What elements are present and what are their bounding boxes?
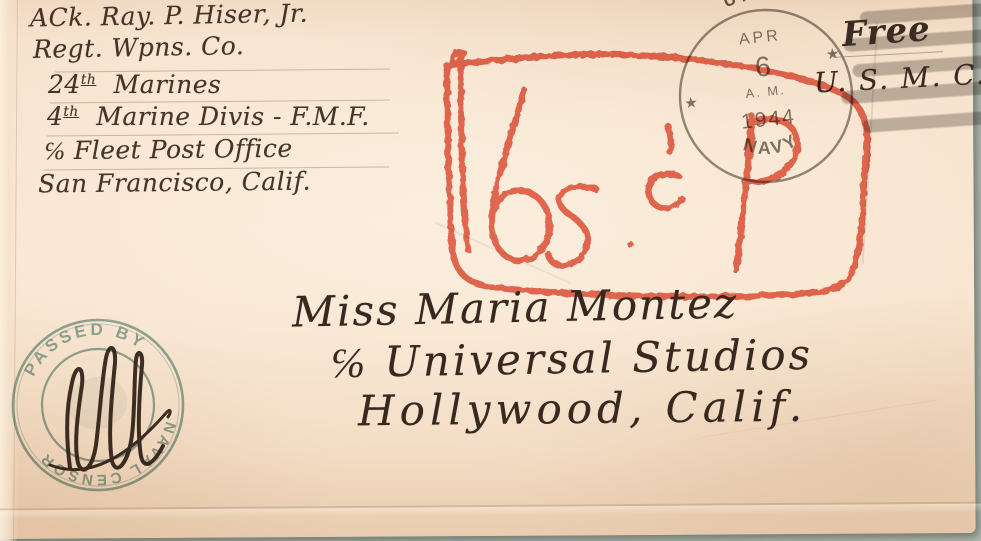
red-censor-marking <box>428 42 898 312</box>
red-stroke-vertical <box>461 54 468 250</box>
ordinal-suffix: th <box>81 72 96 88</box>
return-address-line-1: ACk. Ray. P. Hiser, Jr. <box>30 1 308 31</box>
red-stroke-six <box>492 90 550 261</box>
red-stroke-c <box>649 174 682 208</box>
red-stroke-p-stem <box>736 116 752 270</box>
unit-number: 4 <box>47 102 63 131</box>
red-stroke-c-tick <box>668 126 671 152</box>
return-address-line-6: San Francisco, Calif. <box>38 169 311 197</box>
return-address-line-3: 24th Marines <box>48 72 221 97</box>
return-address-line-2: Regt. Wpns. Co. <box>33 33 245 62</box>
unit-name: Marines <box>105 70 221 99</box>
red-stroke-s <box>548 186 596 265</box>
envelope-scan: ACk. Ray. P. Hiser, Jr. Regt. Wpns. Co. … <box>0 0 981 541</box>
unit-number: 24 <box>48 70 81 99</box>
recipient-line-3: Hollywood, Calif. <box>358 382 808 436</box>
recipient-line-1: Miss Maria Montez <box>292 278 739 336</box>
recipient-line-2: ℅ Universal Studios <box>330 330 814 388</box>
red-stroke-s-dot <box>628 242 634 248</box>
return-address-line-5: ℅ Fleet Post Office <box>44 136 293 164</box>
unit-name: Marine Divis - F.M.F. <box>88 102 370 131</box>
ordinal-suffix: th <box>63 104 78 120</box>
naval-censor-stamp: PASSED BY NAVAL CENSOR <box>6 313 196 503</box>
return-address-line-4: 4th Marine Divis - F.M.F. <box>47 104 370 129</box>
